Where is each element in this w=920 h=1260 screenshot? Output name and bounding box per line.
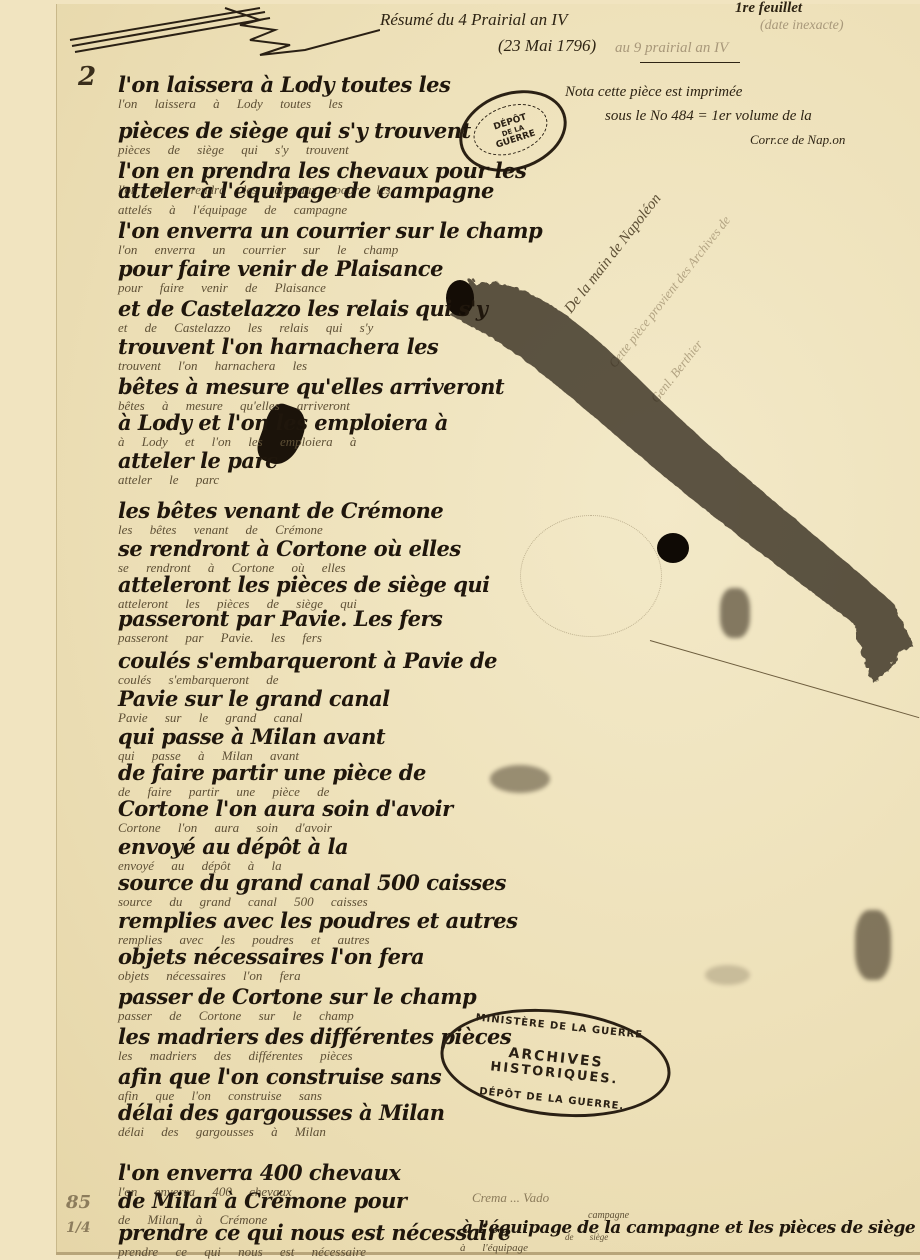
handwritten-line: à Lody et l'on les emploiera à <box>118 410 448 435</box>
header-faint-note: (date inexacte) <box>760 18 844 34</box>
handwritten-line: l'on enverra un courrier sur le champ <box>118 218 542 243</box>
transcription-line: l'on laissera à Lody toutes les <box>118 96 343 112</box>
bottom-faint-line: Crema ... Vado <box>472 1190 549 1206</box>
handwritten-line: de Milan à Crémone pour <box>118 1188 407 1213</box>
ink-stain-blot-icon <box>440 260 920 690</box>
sheet-label: 1re feuillet <box>735 0 802 17</box>
handwritten-line: prendre ce qui nous est nécessaire <box>118 1220 511 1245</box>
handwritten-line: afin que l'on construise sans <box>118 1064 441 1089</box>
ink-smudge <box>855 910 891 980</box>
handwritten-line: pour faire venir de Plaisance <box>118 256 443 281</box>
handwritten-line: qui passe à Milan avant <box>118 724 385 749</box>
handwritten-line: trouvent l'on harnachera les <box>118 334 438 359</box>
transcription-line: attelés à l'équipage de campagne <box>118 202 347 218</box>
bottom-transcription-left: à l'équipage <box>460 1242 528 1254</box>
handwritten-line: et de Castelazzo les relais qui s'y <box>118 296 487 321</box>
page-number-bottom-fraction: 1/4 <box>66 1220 91 1236</box>
bottom-transcription-mid: de siège <box>565 1232 608 1242</box>
handwritten-line: se rendront à Cortone où elles <box>118 536 461 561</box>
transcription-line: passer de Cortone sur le champ <box>118 1008 354 1024</box>
handwritten-line: délai des gargousses à Milan <box>118 1100 445 1125</box>
handwritten-line: passer de Cortone sur le champ <box>118 984 476 1009</box>
transcription-line: atteler le parc <box>118 472 219 488</box>
bottom-hand-line: à l'équipage de la campagne et les pièce… <box>462 1218 915 1238</box>
header-date-suffix: au 9 prairial an IV <box>615 40 728 57</box>
handwritten-line: coulés s'embarqueront à Pavie de <box>118 648 497 673</box>
handwritten-line: passeront par Pavie. Les fers <box>118 606 442 631</box>
page-number-top: 2 <box>78 62 96 92</box>
transcription-line: délai des gargousses à Milan <box>118 1124 326 1140</box>
header-title: Résumé du 4 Prairial an IV <box>380 10 567 30</box>
handwritten-line: source du grand canal 500 caisses <box>118 870 506 895</box>
handwritten-line: l'on enverra 400 chevaux <box>118 1160 400 1185</box>
print-note-line-3: Corr.ce de Nap.on <box>750 132 845 148</box>
handwritten-line: pièces de siège qui s'y trouvent <box>118 118 471 143</box>
handwritten-line: atteler le parc <box>118 448 277 473</box>
transcription-line: prendre ce qui nous est nécessaire <box>118 1244 366 1260</box>
transcription-line: passeront par Pavie. les fers <box>118 630 322 646</box>
print-note-line-1: Nota cette pièce est imprimée <box>565 84 742 101</box>
header-date: (23 Mai 1796) <box>498 36 596 56</box>
handwritten-line: l'on laissera à Lody toutes les <box>118 72 450 97</box>
handwritten-line: Pavie sur le grand canal <box>118 686 390 711</box>
ink-smudge <box>490 765 550 793</box>
faint-seal-impression <box>520 515 662 637</box>
handwritten-line: les bêtes venant de Crémone <box>118 498 443 523</box>
handwritten-line: de faire partir une pièce de <box>118 760 426 785</box>
handwritten-line: bêtes à mesure qu'elles arriveront <box>118 374 504 399</box>
handwritten-line: objets nécessaires l'on fera <box>118 944 424 969</box>
transcription-line: trouvent l'on harnachera les <box>118 358 307 374</box>
handwritten-line: atteler à l'équipage de campagne <box>118 178 494 203</box>
transcription-line: pour faire venir de Plaisance <box>118 280 326 296</box>
handwritten-line: atteleront les pièces de siège qui <box>118 572 490 597</box>
transcription-line: pièces de siège qui s'y trouvent <box>118 142 349 158</box>
page-number-bottom: 85 <box>66 1192 91 1213</box>
handwritten-line: remplies avec les poudres et autres <box>118 908 517 933</box>
transcription-line: les madriers des différentes pièces <box>118 1048 353 1064</box>
handwritten-line: Cortone l'on aura soin d'avoir <box>118 796 453 821</box>
ink-smudge <box>720 588 750 638</box>
handwritten-line: envoyé au dépôt à la <box>118 834 348 859</box>
stamp-inner-ring <box>467 95 554 164</box>
ink-smudge <box>705 965 750 985</box>
print-note-line-2: sous le No 484 = 1er volume de la <box>605 108 812 125</box>
transcription-line: objets nécessaires l'on fera <box>118 968 301 984</box>
header-underline <box>640 62 740 63</box>
scribble-strokes-icon <box>60 0 380 70</box>
